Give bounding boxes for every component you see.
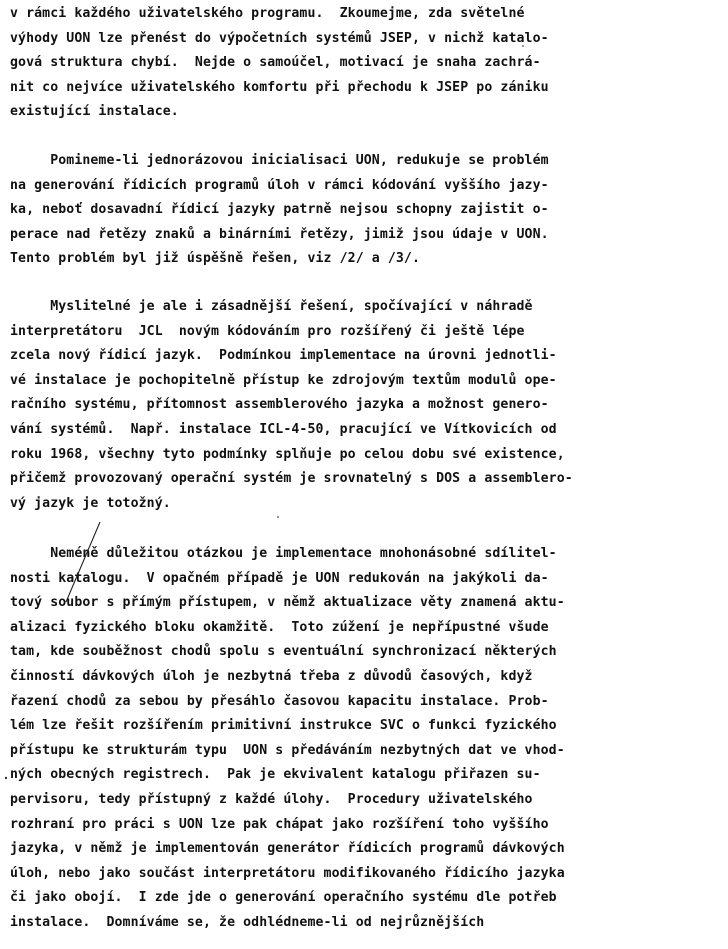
paragraph-jcl-replacement: Myslitelné je ale i zásadnější řešení, s… — [10, 295, 726, 516]
text-line: vání systémů. Např. instalace ICL-4-50, … — [10, 418, 726, 443]
scan-speck — [5, 777, 7, 779]
text-line: Pomineme-li jednorázovou inicialisaci UO… — [10, 149, 726, 174]
scan-speck — [277, 516, 279, 518]
paragraph-catalog-advantages: v rámci každého uživatelského programu. … — [10, 2, 726, 125]
paragraph-catalog-sharing: Neméně důležitou otázkou je implementace… — [10, 542, 726, 936]
text-line: řazení chodů za sebou by přesáhlo časovo… — [10, 690, 726, 715]
text-line: roku 1968, všechny tyto podmínky splňuje… — [10, 443, 726, 468]
text-line: alizaci fyzického bloku okamžitě. Toto z… — [10, 616, 726, 641]
text-line: v rámci každého uživatelského programu. … — [10, 2, 726, 27]
text-line: činností dávkových úloh je nezbytná třeb… — [10, 665, 726, 690]
text-line: ka, neboť dosavadní řídicí jazyky patrně… — [10, 198, 726, 223]
text-line: nosti katalogu. V opačném případě je UON… — [10, 567, 726, 592]
text-line: vé instalace je pochopitelně přístup ke … — [10, 369, 726, 394]
text-line: instalace. Domníváme se, že odhlédneme-l… — [10, 911, 726, 936]
text-line: pervisoru, tedy přístupný z každé úlohy.… — [10, 788, 726, 813]
text-line: vý jazyk je totožný. — [10, 492, 726, 517]
text-line: výhody UON lze přenést do výpočetních sy… — [10, 27, 726, 52]
text-line: tam, kde souběžnost chodů spolu s eventu… — [10, 640, 726, 665]
text-line: Tento problém byl již úspěšně řešen, viz… — [10, 247, 726, 272]
text-line: račního systému, přítomnost assemblerové… — [10, 393, 726, 418]
text-line: přístupu ke strukturám typu UON s předáv… — [10, 739, 726, 764]
text-line: interpretátoru JCL novým kódováním pro r… — [10, 320, 726, 345]
paragraph-initialisation: Pomineme-li jednorázovou inicialisaci UO… — [10, 149, 726, 272]
text-line: zcela nový řídicí jazyk. Podmínkou imple… — [10, 344, 726, 369]
text-line: úloh, nebo jako součást interpretátoru m… — [10, 862, 726, 887]
text-line: přičemž provozovaný operační systém je s… — [10, 467, 726, 492]
text-line: lém lze řešit rozšířením primitivní inst… — [10, 714, 726, 739]
text-line: gová struktura chybí. Nejde o samoúčel, … — [10, 51, 726, 76]
text-line: nit co nejvíce uživatelského komfortu př… — [10, 76, 726, 101]
text-line: rozhraní pro práci s UON lze pak chápat … — [10, 813, 726, 838]
text-line: existující instalace. — [10, 100, 726, 125]
text-line: perace nad řetězy znaků a binárními řetě… — [10, 223, 726, 248]
text-line: na generování řídicích programů úloh v r… — [10, 174, 726, 199]
text-line: jazyka, v němž je implementován generáto… — [10, 837, 726, 862]
text-line: Myslitelné je ale i zásadnější řešení, s… — [10, 295, 726, 320]
text-line: ných obecných registrech. Pak je ekvival… — [10, 763, 726, 788]
text-line: Neméně důležitou otázkou je implementace… — [10, 542, 726, 567]
scanned-typewritten-page: v rámci každého uživatelského programu. … — [0, 0, 728, 949]
text-line: tový soubor s přímým přístupem, v němž a… — [10, 591, 726, 616]
text-line: či jako obojí. I zde jde o generování op… — [10, 886, 726, 911]
